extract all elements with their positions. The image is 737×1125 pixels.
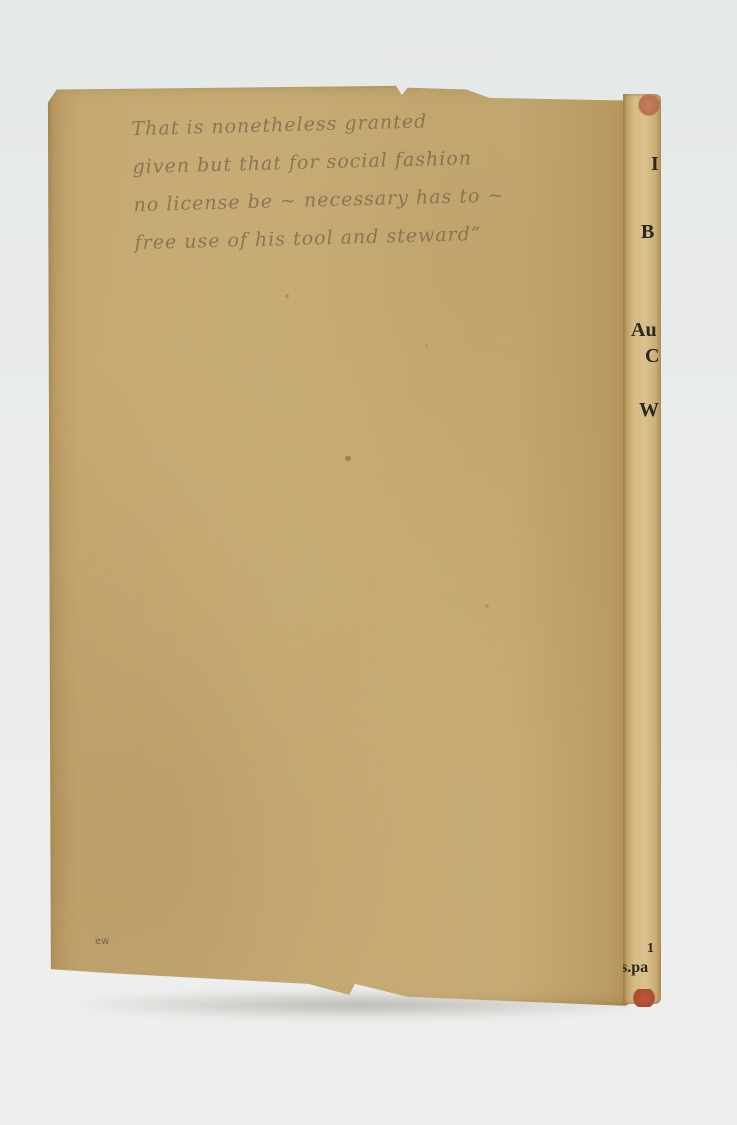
spine-title-fragment: I	[651, 154, 659, 174]
spine-lettering: I B Au C W 1 s.pa	[623, 84, 663, 1006]
photo-background: That is nonetheless granted given but th…	[0, 0, 737, 1125]
handwritten-pencil-note: That is nonetheless granted given but th…	[131, 98, 605, 262]
foxing-spot	[285, 294, 289, 298]
foxing-spot	[425, 344, 428, 347]
spine-author-fragment: C	[645, 346, 659, 366]
spine-publisher-name: s.pa	[623, 960, 648, 976]
spine-author-fragment: Au	[631, 320, 657, 340]
book: That is nonetheless granted given but th…	[45, 84, 665, 1006]
foxing-spot	[345, 456, 351, 461]
spine-author-fragment: W	[639, 400, 659, 420]
dust-jacket-back-panel: That is nonetheless granted given but th…	[45, 84, 630, 1006]
spine-title-fragment: B	[641, 222, 654, 242]
spine-publisher-mark: 1	[647, 942, 654, 956]
foxing-spot	[485, 604, 489, 608]
pencil-mark: ew	[95, 936, 109, 947]
